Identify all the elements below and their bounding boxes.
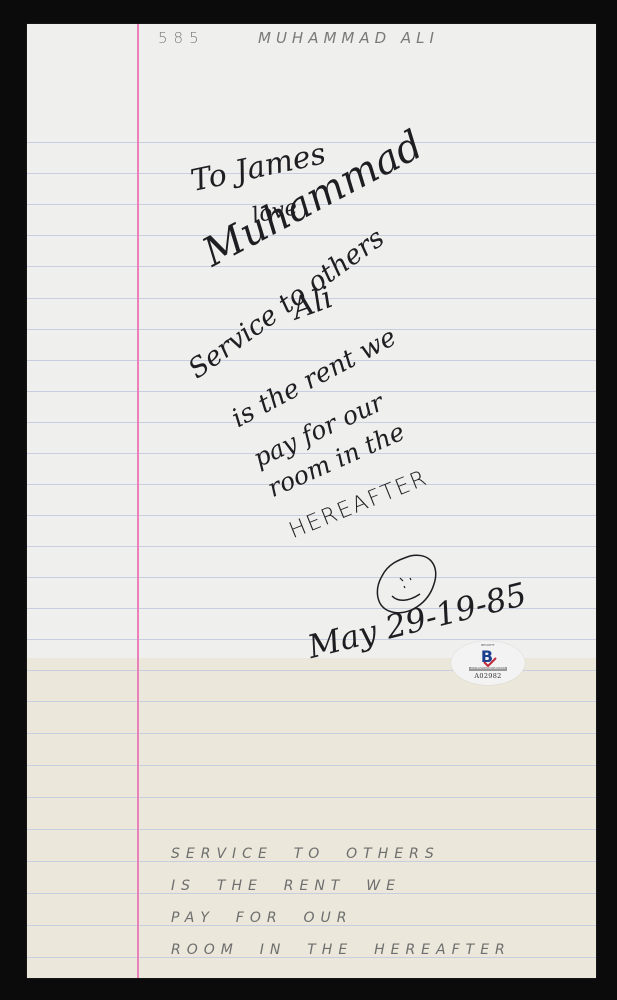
header-number: 585 xyxy=(158,29,205,47)
rule-line xyxy=(27,235,596,236)
sticker-banner: AUTHENTICATION SERVICES xyxy=(469,667,507,671)
rule-line xyxy=(27,765,596,766)
transcription-line-1: SERVICE TO OTHERS xyxy=(171,846,440,862)
rule-line xyxy=(27,797,596,798)
rule-line xyxy=(27,329,596,330)
header-name: MUHAMMAD ALI xyxy=(258,29,439,47)
transcription-line-4: ROOM IN THE HEREAFTER xyxy=(171,942,511,958)
paper-lower-cream-region xyxy=(27,658,596,978)
rule-line xyxy=(27,829,596,830)
checkmark-icon xyxy=(483,657,497,667)
certificate-number: A02982 xyxy=(451,672,525,680)
rule-line xyxy=(27,733,596,734)
rule-line xyxy=(27,360,596,361)
margin-line xyxy=(137,24,139,978)
rule-line xyxy=(27,546,596,547)
rule-line xyxy=(27,701,596,702)
lined-paper-sheet: 585 MUHAMMAD ALI To James love Muhammad … xyxy=(27,24,596,978)
authentication-sticker: BECKETT B AUTHENTICATION SERVICES A02982 xyxy=(451,641,525,685)
transcription-line-2: IS THE RENT WE xyxy=(171,878,401,894)
transcription-line-3: PAY FOR OUR xyxy=(171,910,352,926)
